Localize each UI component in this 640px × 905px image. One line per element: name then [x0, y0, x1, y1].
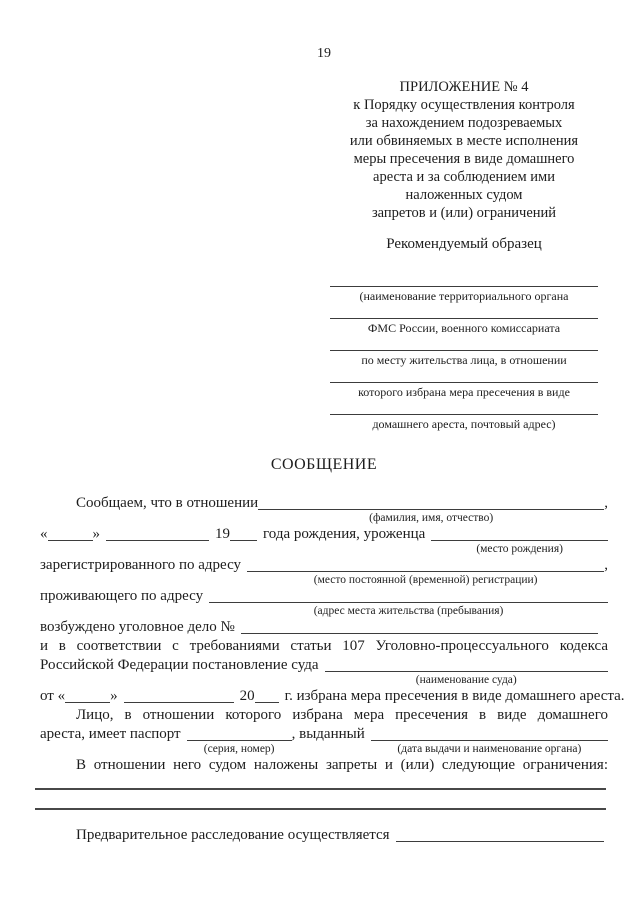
caption-residence: (адрес места жительства (пребывания)	[209, 603, 608, 618]
person-line: Лицо, в отношении которого избрана мера …	[40, 706, 608, 725]
document-body: Сообщаем, что в отношении (фамилия, имя,…	[40, 494, 608, 845]
investigation-line: Предварительное расследование осуществля…	[40, 826, 608, 845]
appendix-line: меры пресечения в виде домашнего	[330, 150, 598, 168]
court-decision-line: Российской Федерации постановление суда …	[40, 656, 608, 687]
addressee-caption: по месту жительства лица, в отношении	[330, 351, 598, 368]
caption-passport-number: (серия, номер)	[187, 741, 292, 756]
blank-field-full-name: (фамилия, имя, отчество)	[258, 494, 604, 525]
addressee-caption: ФМС России, военного комиссариата	[330, 319, 598, 336]
birth-date-line: « » 19 года рождения, уроженца (место ро…	[40, 525, 608, 556]
addressee-caption: которого избрана мера пресечения в виде	[330, 383, 598, 400]
blank-field-measure-chosen	[330, 368, 598, 383]
recommended-sample-label: Рекомендуемый образец	[330, 235, 598, 254]
registration-line: зарегистрированного по адресу (место пос…	[40, 556, 608, 587]
blank-field-registration-address: (место постоянной (временной) регистраци…	[247, 556, 604, 587]
appendix-header: ПРИЛОЖЕНИЕ № 4 к Порядку осуществления к…	[330, 78, 598, 222]
registered-text: зарегистрированного по адресу	[40, 556, 241, 575]
caption-passport-issuer: (дата выдачи и наименование органа)	[371, 741, 608, 756]
year-20-text: 20	[240, 687, 255, 706]
from-text: от «	[40, 687, 65, 706]
residence-line: проживающего по адресу (адрес места жите…	[40, 587, 608, 618]
caption-full-name: (фамилия, имя, отчество)	[258, 510, 604, 525]
appendix-line: ареста и за соблюдением ими	[330, 168, 598, 186]
blank-field-passport-issuer: (дата выдачи и наименование органа)	[371, 725, 608, 756]
blank-field-restrictions-2	[35, 808, 606, 810]
comma: ,	[604, 494, 608, 513]
blank-field-restrictions-1	[35, 788, 606, 790]
caption-birthplace: (место рождения)	[431, 541, 608, 556]
addressee-block: (наименование территориального органа ФМ…	[330, 272, 598, 432]
year-19-text: 19	[215, 525, 230, 544]
passport-text: ареста, имеет паспорт	[40, 725, 181, 744]
document-page: 19 ПРИЛОЖЕНИЕ № 4 к Порядку осуществлени…	[0, 0, 640, 905]
blank-field-territorial-organ	[330, 272, 598, 287]
blank-field-passport-number: (серия, номер)	[187, 725, 292, 756]
passport-line: ареста, имеет паспорт (серия, номер) , в…	[40, 725, 608, 756]
measure-date-line: от « » 20 г. избрана мера пресечения в в…	[40, 687, 608, 706]
report-intro-line: Сообщаем, что в отношении (фамилия, имя,…	[40, 494, 608, 525]
appendix-line: наложенных судом	[330, 186, 598, 204]
appendix-line: за нахождением подозреваемых	[330, 114, 598, 132]
addressee-row: по месту жительства лица, в отношении	[330, 336, 598, 368]
blank-field-birthplace: (место рождения)	[431, 525, 608, 556]
blank-field-fms-russia	[330, 304, 598, 319]
appendix-line: или обвиняемых в месте исполнения	[330, 132, 598, 150]
born-text: года рождения, уроженца	[263, 525, 425, 544]
blank-field-decision-day	[65, 687, 110, 703]
addressee-caption: (наименование территориального органа	[330, 287, 598, 304]
document-title: СООБЩЕНИЕ	[40, 454, 608, 476]
blank-field-birth-day	[48, 525, 93, 541]
blank-field-birth-month	[106, 525, 209, 541]
addressee-caption: домашнего ареста, почтовый адрес)	[330, 415, 598, 432]
article-107-line: и в соответствии с требованиями статьи 1…	[40, 637, 608, 656]
appendix-line: к Порядку осуществления контроля	[330, 96, 598, 114]
case-text: возбуждено уголовное дело №	[40, 618, 235, 637]
quote-close: »	[110, 687, 118, 706]
blank-field-residence-address: (адрес места жительства (пребывания)	[209, 587, 608, 618]
measure-text: г. избрана мера пресечения в виде домашн…	[285, 687, 625, 706]
restrictions-line: В отношении него судом наложены запреты …	[40, 756, 608, 775]
criminal-case-line: возбуждено уголовное дело №	[40, 618, 608, 637]
addressee-row: ФМС России, военного комиссариата	[330, 304, 598, 336]
quote-close: »	[93, 525, 101, 544]
blank-field-court-name: (наименование суда)	[325, 656, 608, 687]
addressee-row: (наименование территориального органа	[330, 272, 598, 304]
blank-field-place-of-residence	[330, 336, 598, 351]
blank-field-postal-address	[330, 400, 598, 415]
addressee-row: домашнего ареста, почтовый адрес)	[330, 400, 598, 432]
blank-field-decision-year	[255, 687, 279, 703]
comma: ,	[604, 556, 608, 575]
blank-field-case-number	[241, 618, 598, 634]
blank-field-investigation-body	[396, 826, 604, 842]
court-text: Российской Федерации постановление суда	[40, 656, 319, 675]
report-intro-text: Сообщаем, что в отношении	[76, 494, 258, 513]
quote-open: «	[40, 525, 48, 544]
blank-field-decision-month	[124, 687, 234, 703]
issued-text: , выданный	[292, 725, 365, 744]
appendix-line: запретов и (или) ограничений	[330, 204, 598, 222]
page-number: 19	[40, 46, 608, 62]
caption-registration: (место постоянной (временной) регистраци…	[247, 572, 604, 587]
blank-field-birth-year	[230, 525, 257, 541]
caption-court-name: (наименование суда)	[325, 672, 608, 687]
investigation-text: Предварительное расследование осуществля…	[76, 826, 390, 845]
appendix-line: ПРИЛОЖЕНИЕ № 4	[330, 78, 598, 96]
addressee-row: которого избрана мера пресечения в виде	[330, 368, 598, 400]
residing-text: проживающего по адресу	[40, 587, 203, 606]
